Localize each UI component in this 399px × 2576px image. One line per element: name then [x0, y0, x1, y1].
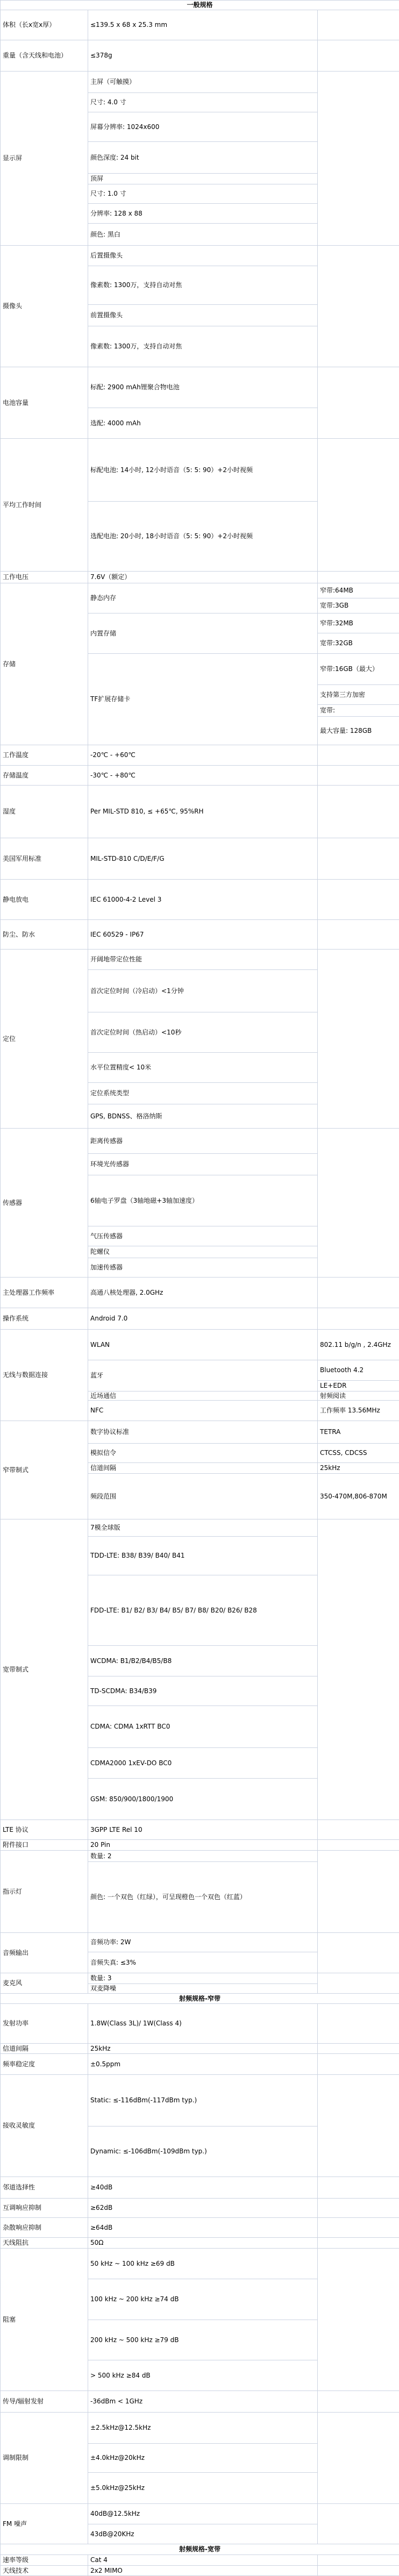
row-value-cell: IEC 61000-4-2 Level 3: [88, 880, 318, 920]
row-note-cell: [318, 1519, 399, 1820]
row-value-cell: 环境光传感器: [88, 1154, 318, 1175]
spec-row: 平均工作时间标配电池: 14小时, 12小时语音（5: 5: 90）+2小时视频: [1, 439, 399, 502]
row-value-cell: TDD-LTE: B38/ B39/ B40/ B41: [88, 1537, 318, 1575]
spec-row: 杂散响应抑制≥64dB: [1, 2218, 399, 2238]
row-note-cell: [318, 1840, 399, 1851]
row-value-cell: 20 Pin: [88, 1840, 318, 1851]
row-label-cell: 无线与数据连接: [1, 1330, 88, 1421]
row-value-cell: 7.6V（额定）: [88, 572, 318, 583]
row-value-cell: 高通八核处理器, 2.0GHz: [88, 1278, 318, 1308]
spec-row: 操作系统Android 7.0: [1, 1308, 399, 1330]
row-value-cell: Static: ≤-116dBm(-117dBm typ.): [88, 2075, 318, 2127]
row-value-cell: 近场通信: [88, 1392, 318, 1401]
row-value-cell: CDMA2000 1xEV-DO BC0: [88, 1748, 318, 1779]
row-value-cell: 双麦降噪: [88, 1984, 318, 1994]
row-value-cell: 7模全球版: [88, 1519, 318, 1537]
section-header-row: 射频规格-宽带: [1, 2544, 399, 2555]
spec-table-body: 一般规格体积（长x宽x厚）≤139.5 x 68 x 25.3 mm重量（含天线…: [1, 1, 399, 2576]
row-note-cell: 窄带:32MB: [318, 613, 399, 633]
row-value-cell: ±4.0kHz@20kHz: [88, 2444, 318, 2473]
row-note-cell: [318, 2566, 399, 2576]
row-value-cell: 分辨率: 128 x 88: [88, 204, 318, 224]
row-note-cell: [318, 2413, 399, 2504]
row-note-cell: [318, 1129, 399, 1278]
row-value-cell: 50 kHz ~ 100 kHz ≥69 dB: [88, 2249, 318, 2279]
row-value-cell: 顶屏: [88, 174, 318, 184]
spec-row: 附件接口20 Pin: [1, 1840, 399, 1851]
row-value-cell: 数量: 3: [88, 1973, 318, 1984]
row-label-cell: 工作温度: [1, 745, 88, 766]
section-header: 射频规格-窄带: [1, 1994, 399, 2004]
row-label-cell: 摄像头: [1, 246, 88, 367]
row-value-cell: 尺寸: 4.0 寸: [88, 93, 318, 112]
row-note-cell: [318, 1820, 399, 1840]
row-note-cell: [318, 2249, 399, 2391]
row-value-cell: MIL-STD-810 C/D/E/F/G: [88, 838, 318, 880]
row-label-cell: 宽带制式: [1, 1519, 88, 1820]
row-value-cell: WLAN: [88, 1330, 318, 1360]
row-label-cell: 体积（长x宽x厚）: [1, 10, 88, 40]
spec-row: 工作温度-20℃ - +60℃: [1, 745, 399, 766]
spec-row: 湿度Per MIL-STD 810, ≤ +65℃, 95%RH: [1, 786, 399, 838]
row-value-cell: -30℃ - +80℃: [88, 766, 318, 786]
row-label-cell: 窄带制式: [1, 1421, 88, 1519]
row-value-cell: 像素数: 1300万，支持自动对焦: [88, 326, 318, 367]
row-label-cell: 杂散响应抑制: [1, 2218, 88, 2238]
row-note-cell: [318, 439, 399, 572]
row-value-cell: WCDMA: B1/B2/B4/B5/B8: [88, 1646, 318, 1676]
row-label-cell: 重量（含天线和电池）: [1, 40, 88, 72]
row-note-cell: [318, 1308, 399, 1330]
row-value-cell: 首次定位时间（热启动）<10秒: [88, 1012, 318, 1053]
row-value-cell: FDD-LTE: B1/ B2/ B3/ B4/ B5/ B7/ B8/ B20…: [88, 1575, 318, 1646]
row-label-cell: 传导/辐射发射: [1, 2391, 88, 2413]
row-note-cell: [318, 920, 399, 950]
row-value-cell: 数字协议标准: [88, 1421, 318, 1444]
row-label-cell: 阻塞: [1, 2249, 88, 2391]
row-value-cell: 陀螺仪: [88, 1246, 318, 1258]
row-value-cell: Cat 4: [88, 2555, 318, 2566]
row-label-cell: 信道间隔: [1, 2044, 88, 2054]
row-label-cell: 湿度: [1, 786, 88, 838]
row-value-cell: TD-SCDMA: B34/B39: [88, 1676, 318, 1706]
row-note-cell: [318, 880, 399, 920]
row-value-cell: GSM: 850/900/1800/1900: [88, 1779, 318, 1820]
row-note-cell: 窄带:64MB: [318, 583, 399, 598]
row-value-cell: 定位系统类型: [88, 1083, 318, 1104]
row-value-cell: 选配: 4000 mAh: [88, 408, 318, 439]
row-label-cell: FM 噪声: [1, 2504, 88, 2544]
row-value-cell: 2x2 MIMO: [88, 2566, 318, 2576]
spec-row: 阻塞50 kHz ~ 100 kHz ≥69 dB: [1, 2249, 399, 2279]
spec-row: 主处理器工作频率高通八核处理器, 2.0GHz: [1, 1278, 399, 1308]
row-note-cell: CTCSS, CDCSS: [318, 1444, 399, 1463]
row-label-cell: 麦克风: [1, 1973, 88, 1994]
row-label-cell: 指示灯: [1, 1851, 88, 1933]
row-value-cell: Android 7.0: [88, 1308, 318, 1330]
row-value-cell: 主屏（可触摸）: [88, 72, 318, 93]
row-label-cell: 防尘、防水: [1, 920, 88, 950]
spec-row: 频率稳定度±0.5ppm: [1, 2054, 399, 2075]
row-value-cell: 尺寸: 1.0 寸: [88, 184, 318, 204]
row-note-cell: [318, 572, 399, 583]
row-value-cell: ≥62dB: [88, 2199, 318, 2218]
spec-row: 静电放电IEC 61000-4-2 Level 3: [1, 880, 399, 920]
row-label-cell: 存储温度: [1, 766, 88, 786]
row-label-cell: 工作电压: [1, 572, 88, 583]
row-value-cell: 静态内存: [88, 583, 318, 613]
row-value-cell: TF扩展存储卡: [88, 654, 318, 745]
spec-row: 宽带制式7模全球版: [1, 1519, 399, 1537]
row-value-cell: 音频失真: ≤3%: [88, 1952, 318, 1973]
row-value-cell: 气压传感器: [88, 1226, 318, 1246]
row-value-cell: 开阔地带定位性能: [88, 950, 318, 970]
row-note-cell: 802.11 b/g/n , 2.4GHz: [318, 1330, 399, 1360]
row-note-cell: [318, 2199, 399, 2218]
row-value-cell: 6轴电子罗盘（3轴地磁+3轴加速度）: [88, 1175, 318, 1226]
row-label-cell: 邻道选择性: [1, 2177, 88, 2199]
row-note-cell: [318, 766, 399, 786]
row-value-cell: 模拟信令: [88, 1444, 318, 1463]
row-value-cell: ≤139.5 x 68 x 25.3 mm: [88, 10, 318, 40]
row-note-cell: [318, 786, 399, 838]
row-note-cell: 最大容量: 128GB: [318, 717, 399, 745]
row-value-cell: 数量: 2: [88, 1851, 318, 1862]
row-note-cell: [318, 2504, 399, 2544]
row-note-cell: [318, 2075, 399, 2177]
row-label-cell: LTE 协议: [1, 1820, 88, 1840]
row-note-cell: Bluetooth 4.2: [318, 1360, 399, 1381]
row-value-cell: ≤378g: [88, 40, 318, 72]
row-value-cell: 颜色深度: 24 bit: [88, 142, 318, 174]
row-value-cell: 25kHz: [88, 2044, 318, 2054]
row-value-cell: ±5.0kHz@25kHz: [88, 2473, 318, 2504]
row-value-cell: 屏幕分辨率: 1024x600: [88, 112, 318, 142]
section-header: 一般规格: [1, 1, 399, 10]
row-value-cell: IEC 60529 - IP67: [88, 920, 318, 950]
spec-row: 传感器距离传感器: [1, 1129, 399, 1154]
row-note-cell: [318, 2177, 399, 2199]
row-value-cell: 1.8W(Class 3L)/ 1W(Class 4): [88, 2004, 318, 2044]
row-note-cell: 支持第三方加密: [318, 685, 399, 705]
spec-row: 重量（含天线和电池）≤378g: [1, 40, 399, 72]
row-label-cell: 速率等级: [1, 2555, 88, 2566]
spec-row: 调制限制±2.5kHz@12.5kHz: [1, 2413, 399, 2444]
row-value-cell: 信道间隔: [88, 1463, 318, 1474]
row-value-cell: 颜色: 黑白: [88, 224, 318, 246]
spec-row: 防尘、防水IEC 60529 - IP67: [1, 920, 399, 950]
row-note-cell: 窄带:16GB（最大）: [318, 654, 399, 685]
section-header-row: 射频规格-窄带: [1, 1994, 399, 2004]
spec-row: 发射功率1.8W(Class 3L)/ 1W(Class 4): [1, 2004, 399, 2044]
spec-row: 存储静态内存窄带:64MB: [1, 583, 399, 598]
row-note-cell: [318, 246, 399, 367]
row-value-cell: 3GPP LTE Rel 10: [88, 1820, 318, 1840]
row-note-cell: [318, 2054, 399, 2075]
row-value-cell: 200 kHz ~ 500 kHz ≥79 dB: [88, 2320, 318, 2360]
row-value-cell: Per MIL-STD 810, ≤ +65℃, 95%RH: [88, 786, 318, 838]
row-note-cell: 宽带:: [318, 705, 399, 717]
row-label-cell: 天线阻抗: [1, 2238, 88, 2249]
row-note-cell: [318, 1851, 399, 1933]
row-note-cell: [318, 2555, 399, 2566]
row-note-cell: [318, 745, 399, 766]
spec-row: 麦克风数量: 3: [1, 1973, 399, 1984]
spec-row: 指示灯数量: 2: [1, 1851, 399, 1862]
spec-row: LTE 协议3GPP LTE Rel 10: [1, 1820, 399, 1840]
row-value-cell: 后置摄像头: [88, 246, 318, 266]
row-note-cell: [318, 72, 399, 246]
spec-row: 存储温度-30℃ - +80℃: [1, 766, 399, 786]
row-note-cell: 宽带:32GB: [318, 633, 399, 654]
row-value-cell: 水平位置精度< 10米: [88, 1053, 318, 1083]
row-note-cell: [318, 10, 399, 40]
row-label-cell: 调制限制: [1, 2413, 88, 2504]
spec-row: 信道间隔25kHz: [1, 2044, 399, 2054]
row-note-cell: [318, 2004, 399, 2044]
row-label-cell: 主处理器工作频率: [1, 1278, 88, 1308]
spec-row: 传导/辐射发射-36dBm < 1GHz: [1, 2391, 399, 2413]
row-value-cell: ±0.5ppm: [88, 2054, 318, 2075]
row-value-cell: 50Ω: [88, 2238, 318, 2249]
spec-row: 无线与数据连接WLAN802.11 b/g/n , 2.4GHz: [1, 1330, 399, 1360]
row-value-cell: 颜色: 一个双色（红绿），可呈现橙色一个双色（红蓝）: [88, 1862, 318, 1933]
row-label-cell: 美国军用标准: [1, 838, 88, 880]
spec-row: 接收灵敏度Static: ≤-116dBm(-117dBm typ.): [1, 2075, 399, 2127]
spec-row: 美国军用标准MIL-STD-810 C/D/E/F/G: [1, 838, 399, 880]
row-note-cell: [318, 2238, 399, 2249]
row-value-cell: 内置存储: [88, 613, 318, 654]
row-label-cell: 显示屏: [1, 72, 88, 246]
row-note-cell: [318, 2218, 399, 2238]
row-value-cell: 距离传感器: [88, 1129, 318, 1154]
row-label-cell: 电池容量: [1, 367, 88, 439]
spec-row: 窄带制式数字协议标准TETRA: [1, 1421, 399, 1444]
row-note-cell: TETRA: [318, 1421, 399, 1444]
row-label-cell: 传感器: [1, 1129, 88, 1278]
spec-row: FM 噪声40dB@12.5kHz: [1, 2504, 399, 2524]
row-note-cell: [318, 1973, 399, 1994]
row-note-cell: 工作频率 13.56MHz: [318, 1401, 399, 1421]
row-note-cell: [318, 950, 399, 1129]
row-note-cell: [318, 40, 399, 72]
row-value-cell: -20℃ - +60℃: [88, 745, 318, 766]
row-label-cell: 平均工作时间: [1, 439, 88, 572]
row-note-cell: [318, 367, 399, 439]
row-note-cell: LE+EDR: [318, 1381, 399, 1392]
row-note-cell: [318, 1278, 399, 1308]
section-header-row: 一般规格: [1, 1, 399, 10]
spec-row: 定位开阔地带定位性能: [1, 950, 399, 970]
row-label-cell: 音频输出: [1, 1933, 88, 1973]
row-value-cell: 选配电池: 20小时, 18小时语音（5: 5: 90）+2小时视频: [88, 502, 318, 572]
row-note-cell: [318, 838, 399, 880]
row-label-cell: 存储: [1, 583, 88, 745]
row-label-cell: 互调响应抑制: [1, 2199, 88, 2218]
row-value-cell: 43dB@20KHz: [88, 2524, 318, 2544]
row-note-cell: 350-470M,806-870M: [318, 1474, 399, 1519]
row-label-cell: 静电放电: [1, 880, 88, 920]
row-value-cell: CDMA: CDMA 1xRTT BC0: [88, 1706, 318, 1748]
spec-row: 邻道选择性≥40dB: [1, 2177, 399, 2199]
spec-row: 显示屏主屏（可触摸）: [1, 72, 399, 93]
row-value-cell: ≥64dB: [88, 2218, 318, 2238]
row-note-cell: 25kHz: [318, 1463, 399, 1474]
row-value-cell: NFC: [88, 1401, 318, 1421]
row-value-cell: 频段范围: [88, 1474, 318, 1519]
row-note-cell: [318, 1933, 399, 1973]
row-label-cell: 操作系统: [1, 1308, 88, 1330]
row-value-cell: GPS, BDNSS、格洛纳斯: [88, 1104, 318, 1129]
row-value-cell: 标配电池: 14小时, 12小时语音（5: 5: 90）+2小时视频: [88, 439, 318, 502]
row-label-cell: 定位: [1, 950, 88, 1129]
spec-row: 天线阻抗50Ω: [1, 2238, 399, 2249]
spec-row: 体积（长x宽x厚）≤139.5 x 68 x 25.3 mm: [1, 10, 399, 40]
row-note-cell: 射频阅读: [318, 1392, 399, 1401]
row-label-cell: 天线技术: [1, 2566, 88, 2576]
row-value-cell: ≥40dB: [88, 2177, 318, 2199]
row-value-cell: 首次定位时间（冷启动）<1分钟: [88, 970, 318, 1012]
spec-row: 互调响应抑制≥62dB: [1, 2199, 399, 2218]
row-value-cell: 40dB@12.5kHz: [88, 2504, 318, 2524]
row-note-cell: [318, 2391, 399, 2413]
row-value-cell: Dynamic: ≤-106dBm(-109dBm typ.): [88, 2127, 318, 2177]
row-note-cell: [318, 2044, 399, 2054]
section-header: 射频规格-宽带: [1, 2544, 399, 2555]
row-value-cell: 前置摄像头: [88, 305, 318, 326]
spec-sheet: 一般规格体积（长x宽x厚）≤139.5 x 68 x 25.3 mm重量（含天线…: [0, 0, 399, 2576]
row-value-cell: 蓝牙: [88, 1360, 318, 1392]
spec-row: 工作电压7.6V（额定）: [1, 572, 399, 583]
spec-row: 速率等级Cat 4: [1, 2555, 399, 2566]
spec-row: 天线技术2x2 MIMO: [1, 2566, 399, 2576]
spec-row: 电池容量标配: 2900 mAh锂聚合物电池: [1, 367, 399, 408]
row-value-cell: ±2.5kHz@12.5kHz: [88, 2413, 318, 2444]
spec-table: 一般规格体积（长x宽x厚）≤139.5 x 68 x 25.3 mm重量（含天线…: [0, 0, 399, 2576]
spec-row: 音频输出音频功率: 2W: [1, 1933, 399, 1952]
row-label-cell: 发射功率: [1, 2004, 88, 2044]
row-value-cell: > 500 kHz ≥84 dB: [88, 2360, 318, 2391]
spec-row: 摄像头后置摄像头: [1, 246, 399, 266]
row-value-cell: 加速传感器: [88, 1258, 318, 1278]
row-label-cell: 接收灵敏度: [1, 2075, 88, 2177]
row-note-cell: 宽带:3GB: [318, 598, 399, 613]
row-value-cell: 音频功率: 2W: [88, 1933, 318, 1952]
row-value-cell: 100 kHz ~ 200 kHz ≥74 dB: [88, 2279, 318, 2320]
row-value-cell: 标配: 2900 mAh锂聚合物电池: [88, 367, 318, 408]
row-value-cell: -36dBm < 1GHz: [88, 2391, 318, 2413]
row-label-cell: 频率稳定度: [1, 2054, 88, 2075]
row-value-cell: 像素数: 1300万，支持自动对焦: [88, 266, 318, 305]
row-label-cell: 附件接口: [1, 1840, 88, 1851]
